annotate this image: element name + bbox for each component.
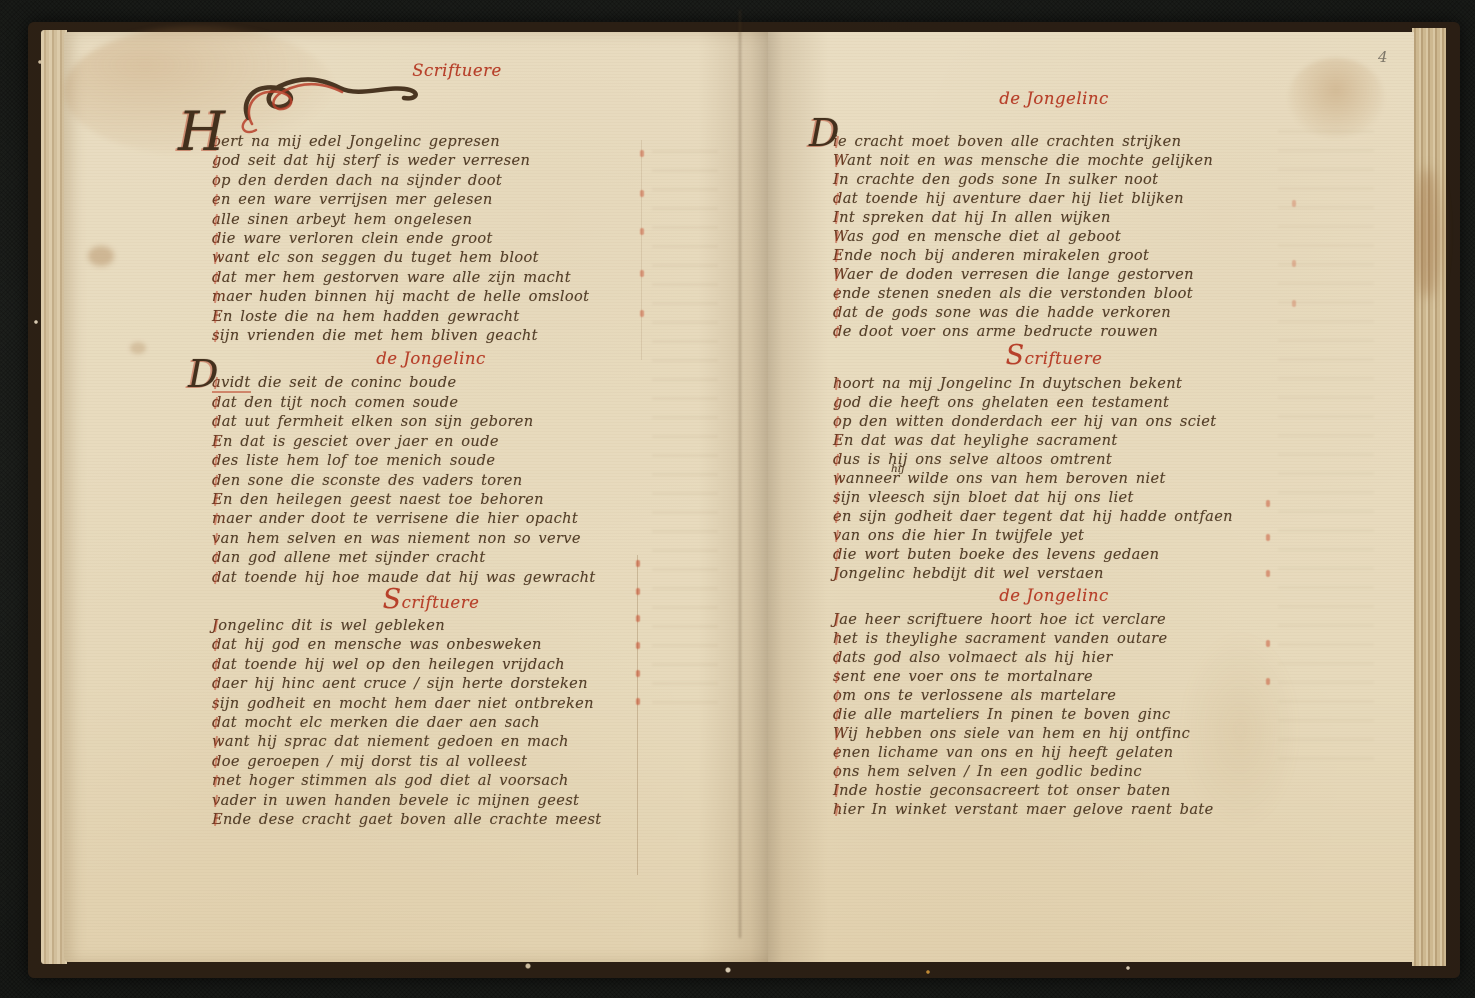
fore-edge-stain xyxy=(1414,168,1440,298)
verse-line: op den witten donderdach eer hij van ons… xyxy=(833,412,1275,431)
rubric-heading: de Jongelinc xyxy=(833,88,1275,110)
verse-line: Was god en mensche diet al geboot xyxy=(833,227,1275,246)
verse-line: enen lichame van ons en hij heeft gelate… xyxy=(833,743,1275,762)
verse-line: Hoert na mij edel Jongelinc gepresen xyxy=(212,132,650,151)
verse-line: hier In winket verstant maer gelove raen… xyxy=(833,800,1275,819)
verse-line: En dat is gesciet over jaer en oude xyxy=(212,432,650,451)
verse-line: Want noit en was mensche die mochte geli… xyxy=(833,151,1275,170)
verse-line: dan god allene met sijnder cracht xyxy=(212,548,650,567)
verse-line: doe geroepen / mij dorst tis al volleest xyxy=(212,752,650,771)
verse-line: sijn vleesch sijn bloet dat hij ons liet xyxy=(833,488,1275,507)
verse-line: Davidt die seit de coninc boude xyxy=(212,373,650,392)
rubric-heading: Scriftuere xyxy=(833,345,1275,370)
verse-section: de JongelincDie cracht moet boven alle c… xyxy=(833,88,1275,341)
verse-line: dat uut fermheit elken son sijn geboren xyxy=(212,412,650,431)
verse-line: alle sinen arbeyt hem ongelesen xyxy=(212,210,650,229)
verse-line: ons hem selven / In een godlic bedinc xyxy=(833,762,1275,781)
verse-line: want elc son seggen du tuget hem bloot xyxy=(212,248,650,267)
folio-number: 4 xyxy=(1378,48,1388,66)
verse-line: Jongelinc dit is wel gebleken xyxy=(212,616,650,635)
verse-line: sent ene voer ons te mortalnare xyxy=(833,667,1275,686)
gutter-crease xyxy=(739,10,741,938)
verse-stanza: Davidt die seit de coninc boudedat den t… xyxy=(212,373,650,586)
verse-line: wanneer wilde ons van hem beroven niethi… xyxy=(833,469,1275,488)
rubric-heading: Scriftuere xyxy=(212,589,650,614)
verse-line: met hoger stimmen als god diet al voorsa… xyxy=(212,771,650,790)
verse-line: dat de gods sone was die hadde verkoren xyxy=(833,303,1275,322)
verse-line: dat toende hij hoe maude dat hij was gew… xyxy=(212,568,650,587)
verse-line: sijn vrienden die met hem bliven geacht xyxy=(212,326,650,345)
interlinear-addition: hij xyxy=(891,460,904,479)
verse-stanza: Jongelinc dit is wel geblekendat hij god… xyxy=(212,616,650,829)
rubric-heading: de Jongelinc xyxy=(833,585,1275,607)
ink-bleed-marks xyxy=(1292,200,1296,320)
verse-line: sijn godheit en mocht hem daer niet ontb… xyxy=(212,694,650,713)
verse-line: om ons te verlossene als martelare xyxy=(833,686,1275,705)
verse-line: het is theylighe sacrament vanden outare xyxy=(833,629,1275,648)
verse-line: daer hij hinc aent cruce / sijn herte do… xyxy=(212,674,650,693)
decorated-initial: H xyxy=(178,122,225,141)
left-page-text: ScriftuereHoert na mij edel Jongelinc ge… xyxy=(212,60,650,829)
verse-line: en een ware verrijsen mer gelesen xyxy=(212,190,650,209)
verse-line: In crachte den gods sone In sulker noot xyxy=(833,170,1275,189)
verse-line: van ons die hier In twijfele yet xyxy=(833,526,1275,545)
verse-line: Jae heer scriftuere hoort hoe ict vercla… xyxy=(833,610,1275,629)
verse-line: En loste die na hem hadden gewracht xyxy=(212,307,650,326)
verse-line: En dat was dat heylighe sacrament xyxy=(833,431,1275,450)
verse-line: ende stenen sneden als die verstonden bl… xyxy=(833,284,1275,303)
verse-line: Die cracht moet boven alle crachten stri… xyxy=(833,132,1275,151)
verse-line: dat den tijt noch comen soude xyxy=(212,393,650,412)
verse-line: en sijn godheit daer tegent dat hij hadd… xyxy=(833,507,1275,526)
verse-line: dat hij god en mensche was onbesweken xyxy=(212,635,650,654)
verse-section: de JongelincDavidt die seit de coninc bo… xyxy=(212,348,650,586)
verse-line: Ende dese cracht gaet boven alle crachte… xyxy=(212,810,650,829)
verse-section: ScriftuereHoert na mij edel Jongelinc ge… xyxy=(212,60,650,345)
verse-line: want hij sprac dat niement gedoen en mac… xyxy=(212,732,650,751)
verse-line: vader in uwen handen bevele ic mijnen ge… xyxy=(212,791,650,810)
right-page-text: de JongelincDie cracht moet boven alle c… xyxy=(833,82,1275,819)
decorated-initial: D xyxy=(188,365,219,384)
verse-section: de JongelincJae heer scriftuere hoort ho… xyxy=(833,585,1275,819)
verse-line: die ware verloren clein ende groot xyxy=(212,229,650,248)
verse-line: Ende noch bij anderen mirakelen groot xyxy=(833,246,1275,265)
verse-line: Int spreken dat hij In allen wijken xyxy=(833,208,1275,227)
verse-line: op den derden dach na sijnder doot xyxy=(212,171,650,190)
decorated-initial: D xyxy=(809,124,840,143)
verse-line: Wij hebben ons siele van hem en hij ontf… xyxy=(833,724,1275,743)
verse-line: van hem selven en was niement non so ver… xyxy=(212,529,650,548)
rubric-heading: de Jongelinc xyxy=(212,348,650,370)
verse-line: dat mer hem gestorven ware alle zijn mac… xyxy=(212,268,650,287)
verse-stanza: hoort na mij Jongelinc In duytschen beke… xyxy=(833,374,1275,583)
verse-section: Scriftuerehoort na mij Jongelinc In duyt… xyxy=(833,345,1275,583)
verse-line: Inde hostie geconsacreert tot onser bate… xyxy=(833,781,1275,800)
verse-stanza: Jae heer scriftuere hoort hoe ict vercla… xyxy=(833,610,1275,819)
verse-line: dat mocht elc merken die daer aen sach xyxy=(212,713,650,732)
verse-stanza: Die cracht moet boven alle crachten stri… xyxy=(833,132,1275,341)
verse-line: hoort na mij Jongelinc In duytschen beke… xyxy=(833,374,1275,393)
verse-section: ScriftuereJongelinc dit is wel geblekend… xyxy=(212,589,650,829)
verse-line: Waer de doden verresen die lange gestorv… xyxy=(833,265,1275,284)
verse-line: En den heilegen geest naest toe behoren xyxy=(212,490,650,509)
fore-edge-page-stack xyxy=(1412,28,1446,966)
verse-line: god seit dat hij sterf is weder verresen xyxy=(212,151,650,170)
verse-line: de doot voer ons arme bedructe rouwen xyxy=(833,322,1275,341)
verse-line: dat toende hij aventure daer hij liet bl… xyxy=(833,189,1275,208)
verse-line: den sone die sconste des vaders toren xyxy=(212,471,650,490)
verse-line: dats god also volmaect als hij hier xyxy=(833,648,1275,667)
manuscript-photo: ScriftuereHoert na mij edel Jongelinc ge… xyxy=(0,0,1475,998)
verse-line: Jongelinc hebdijt dit wel verstaen xyxy=(833,564,1275,583)
verse-line: dat toende hij wel op den heilegen vrijd… xyxy=(212,655,650,674)
verse-line: die wort buten boeke des levens gedaen xyxy=(833,545,1275,564)
verse-line: maer ander doot te verrisene die hier op… xyxy=(212,509,650,528)
verse-stanza: Hoert na mij edel Jongelinc gepresengod … xyxy=(212,132,650,345)
verse-line: die alle marteliers In pinen te boven gi… xyxy=(833,705,1275,724)
verse-line: god die heeft ons ghelaten een testament xyxy=(833,393,1275,412)
verse-line: maer huden binnen hij macht de helle oms… xyxy=(212,287,650,306)
rubric-heading: Scriftuere xyxy=(238,60,676,82)
verse-line: des liste hem lof toe menich soude xyxy=(212,451,650,470)
